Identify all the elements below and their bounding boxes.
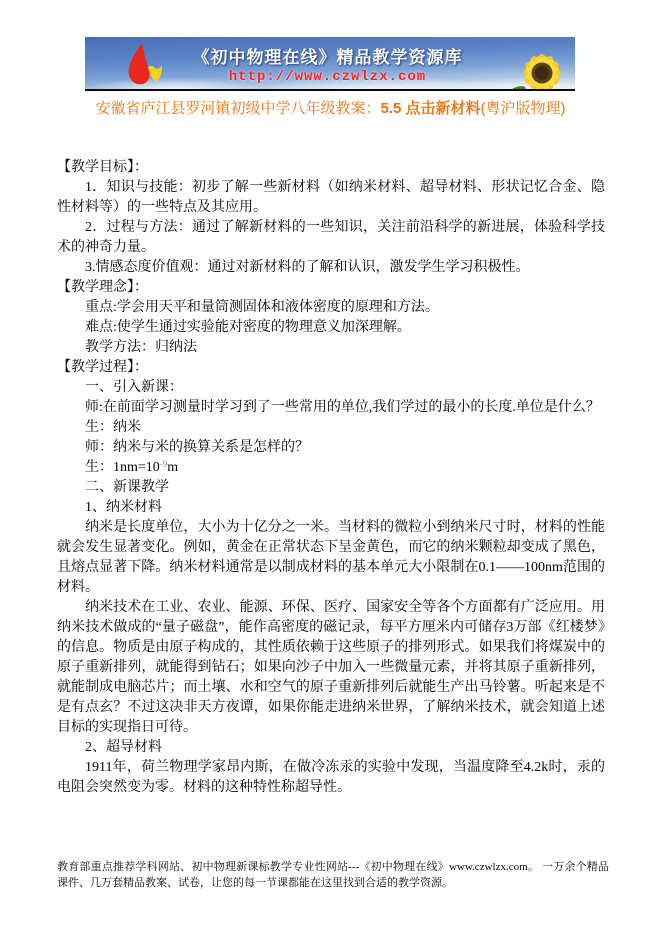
banner-text-block: 《初中物理在线》精品教学资源库 http://www.czwlzx.com [175, 43, 480, 85]
paragraph-nano-material-heading: 1、纳米材料 [57, 498, 605, 518]
paragraph-teacher-question-units: 师:在前面学习测量时学习到了一些常用的单位,我们学过的最小的长度.单位是什么？ [57, 398, 605, 418]
paragraph-teaching-method: 教学方法：归纳法 [57, 338, 605, 358]
paragraph-nano-material-description: 纳米是长度单位，大小为十亿分之一米。当材料的微粒小到纳米尺寸时，材料的性能就会发… [57, 518, 605, 598]
site-banner: 《初中物理在线》精品教学资源库 http://www.czwlzx.com [85, 37, 575, 91]
paragraph-superconductor-heading: 2、超导材料 [57, 738, 605, 758]
document-page: 《初中物理在线》精品教学资源库 http://www.czwlzx.com [0, 0, 661, 936]
page-title-suffix: (粤沪版物理) [481, 100, 566, 117]
formula-suffix: m [167, 460, 178, 475]
page-title-highlight: 5.5 点击新材料 [380, 100, 480, 117]
paragraph-objective-knowledge-skills: 1．知识与技能：初步了解一些新材料（如纳米材料、超导材料、形状记忆合金、隐性材料… [57, 178, 605, 218]
paragraph-lesson-intro-heading: 一、引入新课： [57, 378, 605, 398]
paragraph-superconductor-description: 1911年，荷兰物理学家昂内斯，在做冷冻汞的实验中发现，当温度降至4.2k时，汞… [57, 758, 605, 798]
paragraph-difficult-point: 难点:使学生通过实验能对密度的物理意义加深理解。 [57, 318, 605, 338]
paragraph-objective-process-method: 2．过程与方法：通过了解新材料的一些知识，关注前沿科学的新进展，体验科学技术的神… [57, 218, 605, 258]
banner-site-title: 《初中物理在线》精品教学资源库 [175, 43, 480, 68]
paragraph-student-answer-formula: 生：1nm=10-9m [57, 458, 605, 478]
section-heading-teaching-process: 【教学过程】： [57, 358, 605, 378]
document-body: 【教学目标】： 1．知识与技能：初步了解一些新材料（如纳米材料、超导材料、形状记… [57, 158, 605, 798]
paragraph-student-answer-nano: 生：纳米 [57, 418, 605, 438]
paragraph-key-point: 重点:学会用天平和量筒测固体和液体密度的原理和方法。 [57, 298, 605, 318]
page-footer: 教育部重点推荐学科网站、初中物理新课标教学专业性网站---《初中物理在线》www… [57, 859, 609, 891]
page-title: 安徽省庐江县罗河镇初级中学八年级教案：5.5 点击新材料(粤沪版物理) [30, 97, 631, 118]
section-heading-teaching-philosophy: 【教学理念】： [57, 278, 605, 298]
banner-site-url-link[interactable]: http://www.czwlzx.com [175, 69, 480, 85]
paragraph-objective-emotion-attitude: 3.情感态度价值观：通过对新材料的了解和认识，激发学生学习积极性。 [57, 258, 605, 278]
section-heading-teaching-objectives: 【教学目标】： [57, 158, 605, 178]
page-title-prefix: 安徽省庐江县罗河镇初级中学八年级教案： [95, 100, 380, 117]
flame-logo-icon [121, 41, 167, 89]
paragraph-new-lesson-heading: 二、新课教学 [57, 478, 605, 498]
sunflower-icon [509, 39, 575, 91]
paragraph-nano-technology-applications: 纳米技术在工业、农业、能源、环保、医疗、国家安全等各个方面都有广泛应用。用纳米技… [57, 598, 605, 738]
paragraph-teacher-question-conversion: 师：纳米与米的换算关系是怎样的？ [57, 438, 605, 458]
formula-prefix: 生：1nm=10 [85, 460, 160, 475]
